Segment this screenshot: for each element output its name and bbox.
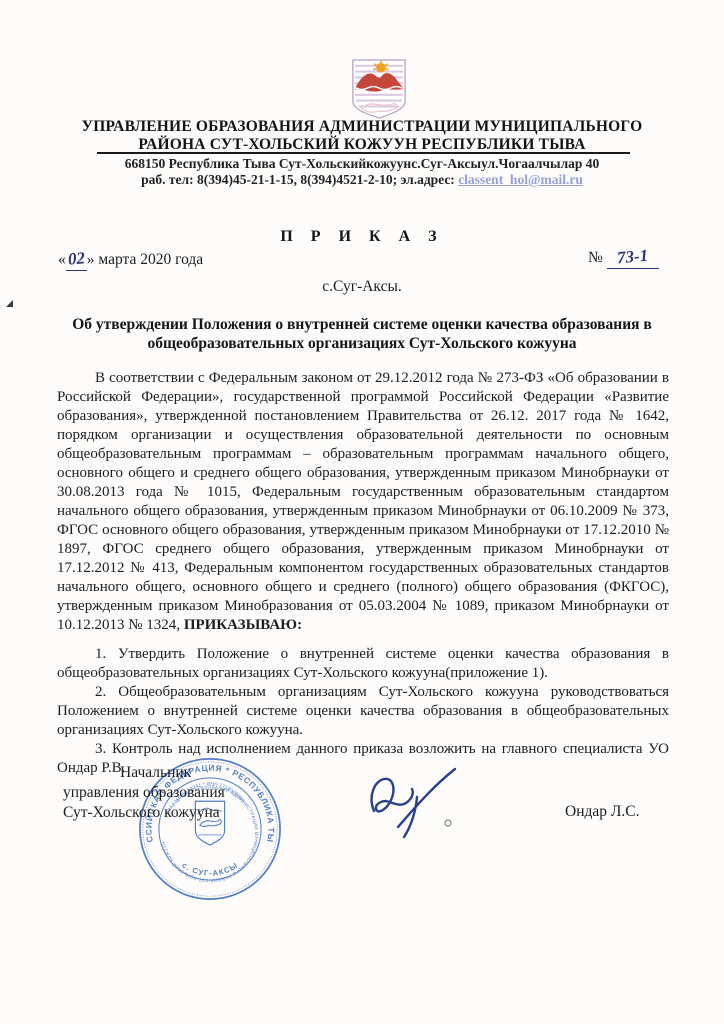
order-number: № 73-1 bbox=[588, 247, 659, 269]
order-place: с.Суг-Аксы. bbox=[0, 278, 724, 296]
order-body: В соответствии с Федеральным законом от … bbox=[57, 369, 669, 778]
official-round-stamp: РОССИЙСКАЯ ФЕДЕРАЦИЯ * РЕСПУБЛИКА ТЫВА У… bbox=[137, 756, 283, 907]
order-title-line2: общеобразовательных организациях Сут-Хол… bbox=[0, 334, 724, 353]
phone-numbers: раб. тел: 8(394)45-21-1-15, 8(394)4521-2… bbox=[141, 172, 458, 187]
org-name-line1: УПРАВЛЕНИЕ ОБРАЗОВАНИЯ АДМИНИСТРАЦИИ МУН… bbox=[0, 118, 724, 136]
coat-of-arms-icon bbox=[350, 58, 408, 125]
signer-name: Ондар Л.С. bbox=[565, 803, 639, 821]
order-title-line1: Об утверждении Положения о внутренней си… bbox=[0, 315, 724, 334]
header-divider bbox=[97, 152, 630, 154]
order-item-1: 1. Утвердить Положение о внутренней сист… bbox=[57, 645, 669, 683]
scan-artifact bbox=[6, 300, 13, 307]
order-date: «02» марта 2020 года bbox=[58, 249, 203, 271]
org-contacts: раб. тел: 8(394)45-21-1-15, 8(394)4521-2… bbox=[0, 172, 724, 188]
signature-dot bbox=[445, 820, 451, 826]
handwritten-day: 02 bbox=[67, 248, 86, 269]
doc-type-heading: П Р И К А З bbox=[0, 228, 724, 246]
resolution-word: ПРИКАЗЫВАЮ: bbox=[184, 617, 302, 633]
handwritten-signature bbox=[360, 763, 480, 850]
handwritten-number: 73-1 bbox=[616, 246, 649, 269]
stamp-center-shield bbox=[195, 801, 224, 845]
org-address: 668150 Республика Тыва Сут-Хольскийкожуу… bbox=[0, 156, 724, 172]
order-item-2: 2. Общеобразовательным организациям Сут-… bbox=[57, 683, 669, 740]
email-link[interactable]: classent_hol@mail.ru bbox=[458, 172, 583, 187]
scanned-order-document: УПРАВЛЕНИЕ ОБРАЗОВАНИЯ АДМИНИСТРАЦИИ МУН… bbox=[0, 0, 724, 1024]
preamble-paragraph: В соответствии с Федеральным законом от … bbox=[57, 369, 669, 635]
